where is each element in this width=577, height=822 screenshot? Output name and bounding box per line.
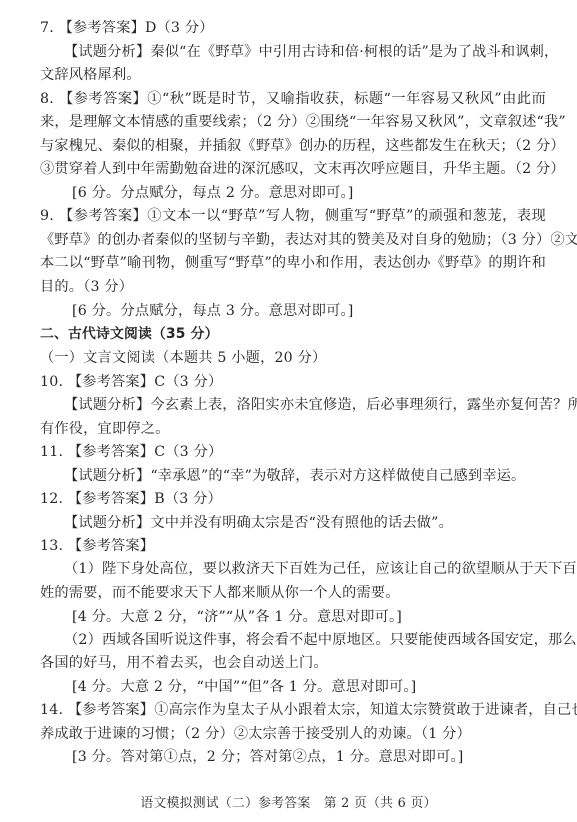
q8-answer-line-4: ③贯穿着人到中年需勤勉奋进的深沉感叹，文末再次呼应题目，升华主题。（2 分） xyxy=(40,160,546,178)
q12-analysis: 【试题分析】文中并没有明确太宗是否“没有照他的话去做”。 xyxy=(64,514,546,532)
q11-analysis: 【试题分析】“幸承恩”的“幸”为敬辞，表示对方这样做使自己感到幸运。 xyxy=(64,467,546,485)
q13-part2-line-1: （2）西域各国听说这件事，将会看不起中原地区。只要能使西域各国安定，那么 xyxy=(64,631,546,649)
q9-answer-line-4: 目的。（3 分） xyxy=(40,278,546,296)
subsection-heading-classical-prose: （一）文言文阅读（本题共 5 小题，20 分） xyxy=(40,349,546,367)
q13-part2-scoring-note: [4 分。大意 2 分，“中国”“但”各 1 分。意思对即可。] xyxy=(72,678,546,696)
q13-part1-line-1: （1）陛下身处高位，要以救济天下百姓为己任，应该让自己的欲望顺从于天下百 xyxy=(64,560,546,578)
q8-answer-line-1: 8. 【参考答案】①“秋”既是时节，又喻指收获，标题“一年容易又秋风”由此而 xyxy=(40,90,546,108)
q14-answer-line-2: 养成敢于进谏的习惯；（2 分）②太宗善于接受别人的劝谏。（1 分） xyxy=(40,725,546,743)
q9-answer-line-3: 本二以“野草”喻刊物，侧重写“野草”的卑小和作用，表达创办《野草》的期许和 xyxy=(40,254,546,272)
section-heading-classical-reading: 二、古代诗文阅读（35 分） xyxy=(40,325,546,343)
q9-scoring-note: [6 分。分点赋分，每点 3 分。意思对即可。] xyxy=(72,302,546,320)
q8-scoring-note: [6 分。分点赋分，每点 2 分。意思对即可。] xyxy=(72,184,546,202)
q14-answer-line-1: 14. 【参考答案】①高宗作为皇太子从小跟着太宗，知道太宗赞赏敢于进谏者，自己也 xyxy=(40,701,546,719)
page-footer: 语文模拟测试（二）参考答案 第 2 页（共 6 页） xyxy=(0,792,577,811)
q13-answer: 13. 【参考答案】 xyxy=(40,537,546,555)
q9-answer-line-2: 《野草》的创办者秦似的坚韧与辛勤，表达对其的赞美及对自身的勉励；（3 分）②文 xyxy=(40,231,546,249)
q12-answer: 12. 【参考答案】B（3 分） xyxy=(40,490,546,508)
q14-scoring-note: [3 分。答对第①点，2 分；答对第②点，1 分。意思对即可。] xyxy=(72,748,546,766)
q10-analysis-line-2: 有作役，宜即停之。 xyxy=(40,420,546,438)
q10-answer: 10. 【参考答案】C（3 分） xyxy=(40,373,546,391)
q7-analysis-line-1: 【试题分析】秦似“在《野草》中引用古诗和倍·柯根的话”是为了战斗和讽刺， xyxy=(64,43,546,61)
q8-answer-line-2: 来，是理解文本情感的重要线索；（2 分）②围绕“一年容易又秋风”，文章叙述“我” xyxy=(40,113,546,131)
q13-part1-scoring-note: [4 分。大意 2 分，“济”“从”各 1 分。意思对即可。] xyxy=(72,608,546,626)
q10-analysis-line-1: 【试题分析】今玄素上表，洛阳实亦未宜修造，后必事理须行，露坐亦复何苦？所 xyxy=(64,396,546,414)
q11-answer: 11. 【参考答案】C（3 分） xyxy=(40,443,546,461)
q7-answer: 7. 【参考答案】D（3 分） xyxy=(40,19,546,37)
answer-key-page: 7. 【参考答案】D（3 分） 【试题分析】秦似“在《野草》中引用古诗和倍·柯根… xyxy=(0,0,577,822)
q8-answer-line-3: 与家槐兄、秦似的相聚，并插叙《野草》创办的历程，这些都发生在秋天；（2 分） xyxy=(40,137,546,155)
q9-answer-line-1: 9. 【参考答案】①文本一以“野草”写人物，侧重写“野草”的顽强和葱茏，表现 xyxy=(40,207,546,225)
q7-analysis-line-2: 文辞风格犀利。 xyxy=(40,66,546,84)
q13-part2-line-2: 各国的好马，用不着去买，也会自动送上门。 xyxy=(40,654,546,672)
q13-part1-line-2: 姓的需要，而不能要求天下人都来顺从你一个人的需要。 xyxy=(40,584,546,602)
